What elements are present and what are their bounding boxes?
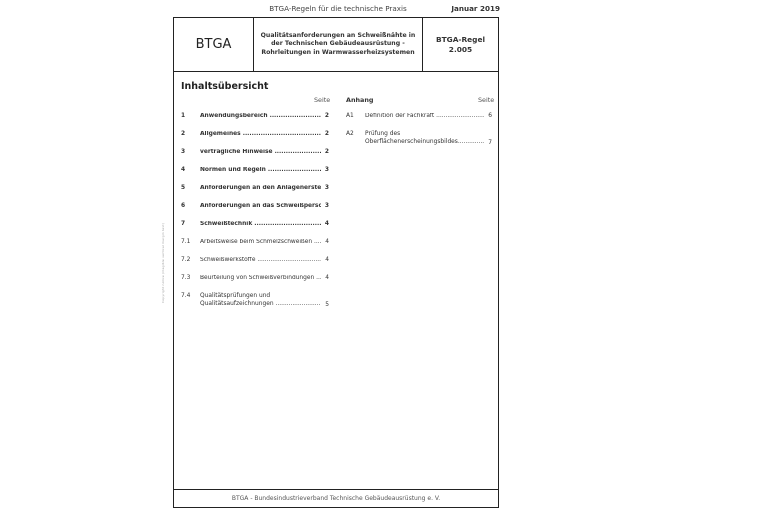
toc-item[interactable]: 4Normen und Regeln .....................… bbox=[181, 167, 329, 173]
toc-item[interactable]: 7.1Arbeitsweise beim Schmelzschweißen ..… bbox=[181, 239, 329, 245]
toc-item-label: Anforderungen an den Anlagenersteller ..… bbox=[200, 185, 321, 191]
toc-item-page: 2 bbox=[321, 131, 329, 137]
toc-item-number: 7 bbox=[181, 221, 200, 227]
toc-item-page: 2 bbox=[321, 113, 329, 119]
document-frame: BTGA Qualitätsanforderungen an Schweißnä… bbox=[173, 17, 499, 508]
toc-item[interactable]: 1Anwendungsbereich .....................… bbox=[181, 113, 329, 119]
annex-item-number: A1 bbox=[346, 113, 365, 119]
toc-item[interactable]: 7.2Schweißwerkstoffe ...................… bbox=[181, 257, 329, 263]
annex-item-page: 6 bbox=[484, 113, 492, 119]
toc-item-page: 3 bbox=[321, 203, 329, 209]
annex-page-header: Seite bbox=[478, 96, 494, 104]
toc-item-label: Anforderungen an das Schweißpersonal ...… bbox=[200, 203, 321, 209]
toc-item[interactable]: 7.4Qualitätsprüfungen undQualitätsaufzei… bbox=[181, 293, 329, 308]
toc-item[interactable]: 7.3Beurteilung von Schweißverbindungen .… bbox=[181, 275, 329, 281]
toc-item-page: 4 bbox=[321, 239, 329, 245]
toc-item-label: Allgemeines ............................… bbox=[200, 131, 321, 137]
toc-item-label: Beurteilung von Schweißverbindungen ....… bbox=[200, 275, 321, 281]
annex-item-number: A2 bbox=[346, 131, 365, 146]
rule-id: BTGA-Regel 2.005 bbox=[423, 18, 498, 71]
document-date: Januar 2019 bbox=[440, 4, 500, 13]
annex-item[interactable]: A1Definition der Fachkraft .............… bbox=[346, 113, 492, 119]
toc-title: Inhaltsübersicht bbox=[181, 81, 268, 92]
toc-item-number: 3 bbox=[181, 149, 200, 155]
toc-item-page: 4 bbox=[321, 275, 329, 281]
toc-item-label: Arbeitsweise beim Schmelzschweißen .....… bbox=[200, 239, 321, 245]
toc-item-label: Schweißwerkstoffe ......................… bbox=[200, 257, 321, 263]
toc-item-label: Anwendungsbereich ......................… bbox=[200, 113, 321, 119]
toc-item[interactable]: 3vertragliche Hinweise .................… bbox=[181, 149, 329, 155]
toc-item[interactable]: 2Allgemeines ...........................… bbox=[181, 131, 329, 137]
toc-item[interactable]: 5Anforderungen an den Anlagenersteller .… bbox=[181, 185, 329, 191]
toc-item-label: Qualitätsprüfungen undQualitätsaufzeichn… bbox=[200, 292, 321, 308]
annex-item-page: 7 bbox=[484, 140, 492, 146]
toc-item-number: 7.4 bbox=[181, 293, 200, 308]
annex-item-label: Definition der Fachkraft ...............… bbox=[365, 113, 484, 119]
toc-item-label: Schweißtechnik .........................… bbox=[200, 221, 321, 227]
toc-page-header: Seite bbox=[314, 96, 330, 104]
toc-item-page: 2 bbox=[321, 149, 329, 155]
toc-item-number: 2 bbox=[181, 131, 200, 137]
toc-item[interactable]: 6Anforderungen an das Schweißpersonal ..… bbox=[181, 203, 329, 209]
document-title: Qualitätsanforderungen an Schweißnähte i… bbox=[254, 18, 423, 71]
toc-item-page: 3 bbox=[321, 167, 329, 173]
toc-item-number: 7.2 bbox=[181, 257, 200, 263]
toc-item-page: 4 bbox=[321, 257, 329, 263]
toc-item-page: 3 bbox=[321, 185, 329, 191]
document-header: BTGA Qualitätsanforderungen an Schweißnä… bbox=[174, 18, 498, 72]
logo: BTGA bbox=[174, 18, 254, 71]
annex-title: Anhang bbox=[346, 96, 373, 104]
side-margin-note: Copyright notice (illegible vertical mar… bbox=[157, 90, 169, 435]
annex-item-label: Prüfung desOberflächenerscheinungsbildes… bbox=[365, 130, 484, 146]
document-series: BTGA-Regeln für die technische Praxis bbox=[253, 4, 423, 13]
toc-item[interactable]: 7Schweißtechnik ........................… bbox=[181, 221, 329, 227]
toc-item-number: 4 bbox=[181, 167, 200, 173]
toc-item-number: 7.1 bbox=[181, 239, 200, 245]
toc-item-number: 5 bbox=[181, 185, 200, 191]
toc-item-page: 4 bbox=[321, 221, 329, 227]
rule-label: BTGA-Regel bbox=[436, 35, 485, 45]
toc-item-page: 5 bbox=[321, 302, 329, 308]
rule-number: 2.005 bbox=[436, 45, 485, 55]
toc-item-number: 6 bbox=[181, 203, 200, 209]
toc-item-number: 1 bbox=[181, 113, 200, 119]
toc-item-label: Normen und Regeln ......................… bbox=[200, 167, 321, 173]
toc-item-number: 7.3 bbox=[181, 275, 200, 281]
document-footer: BTGA - Bundesindustrieverband Technische… bbox=[174, 489, 498, 507]
toc-item-label: vertragliche Hinweise ..................… bbox=[200, 149, 321, 155]
annex-item[interactable]: A2Prüfung desOberflächenerscheinungsbild… bbox=[346, 131, 492, 146]
